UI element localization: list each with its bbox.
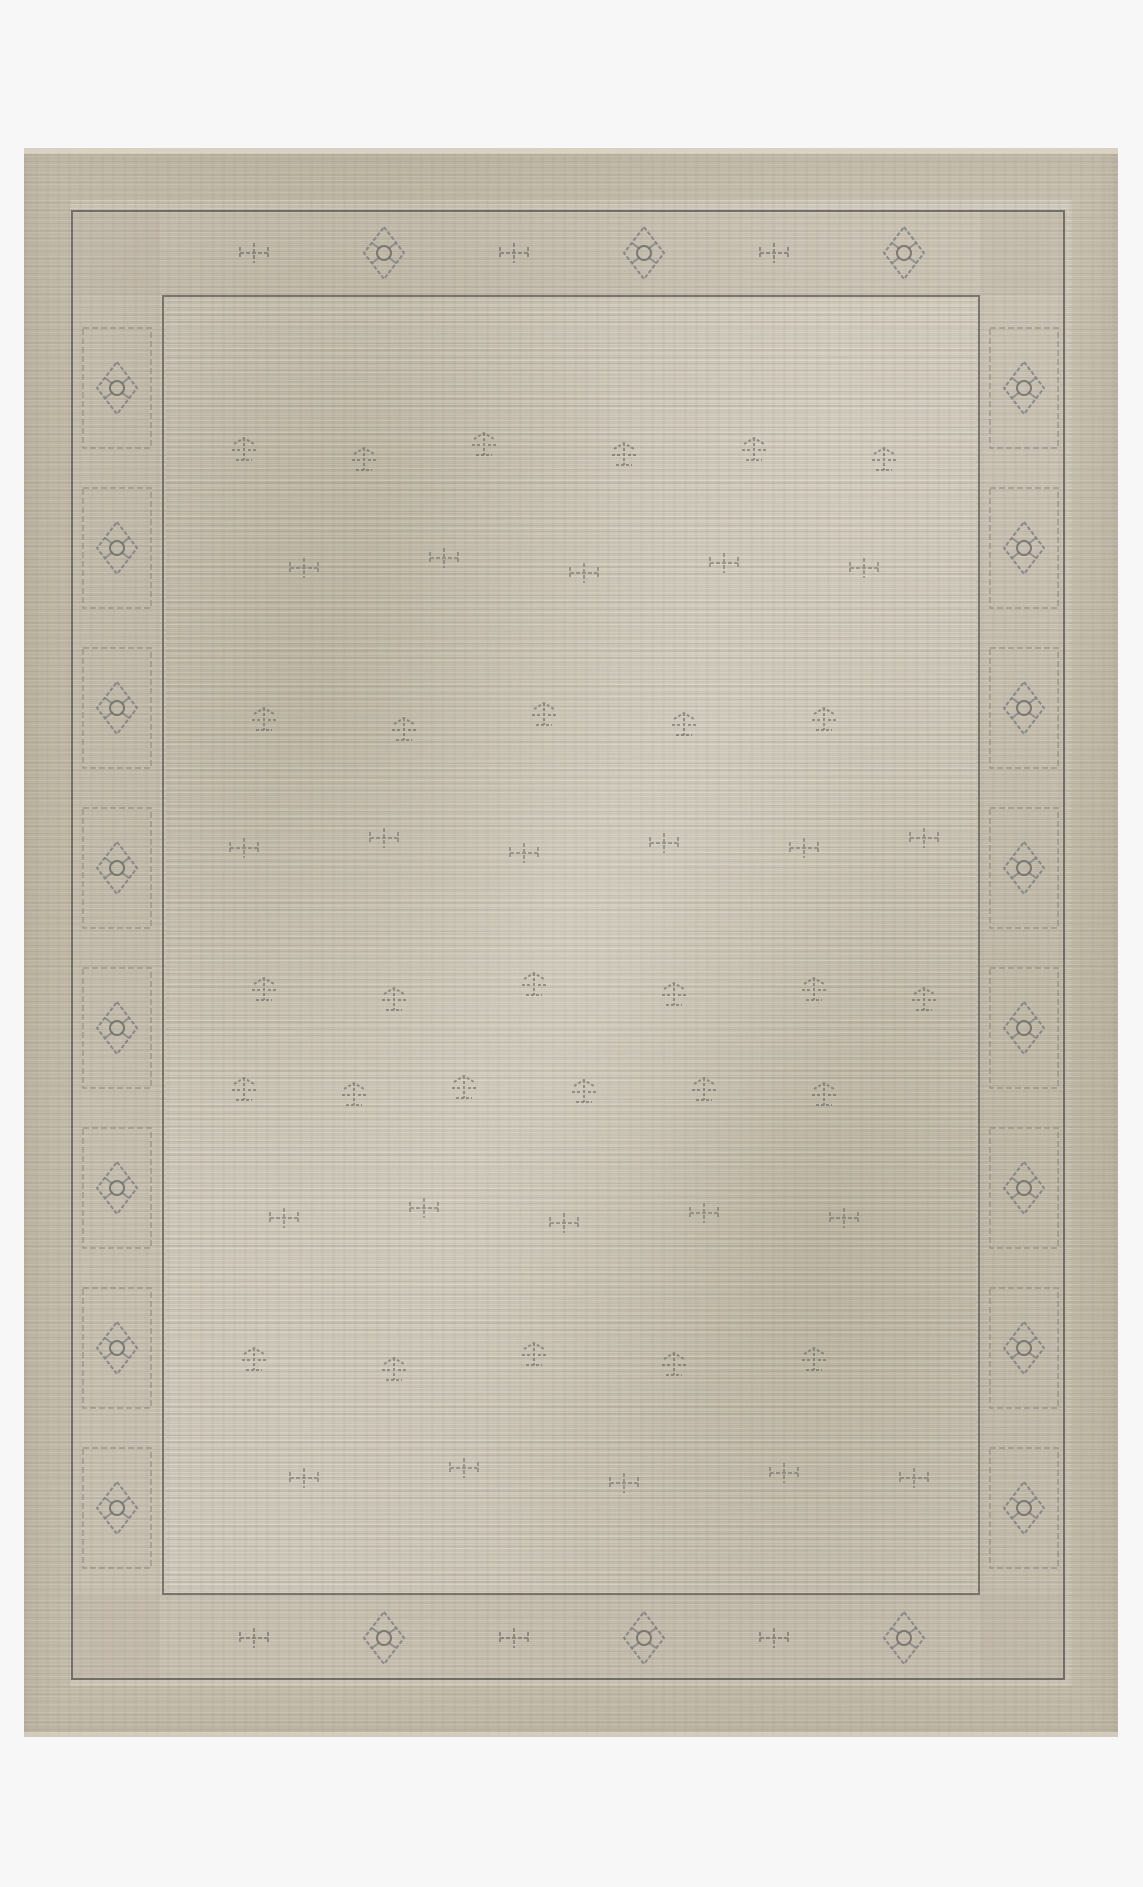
- rug-motifs: [24, 148, 1118, 1737]
- rug: [24, 148, 1118, 1737]
- rug-bottom-binding: [24, 1732, 1118, 1737]
